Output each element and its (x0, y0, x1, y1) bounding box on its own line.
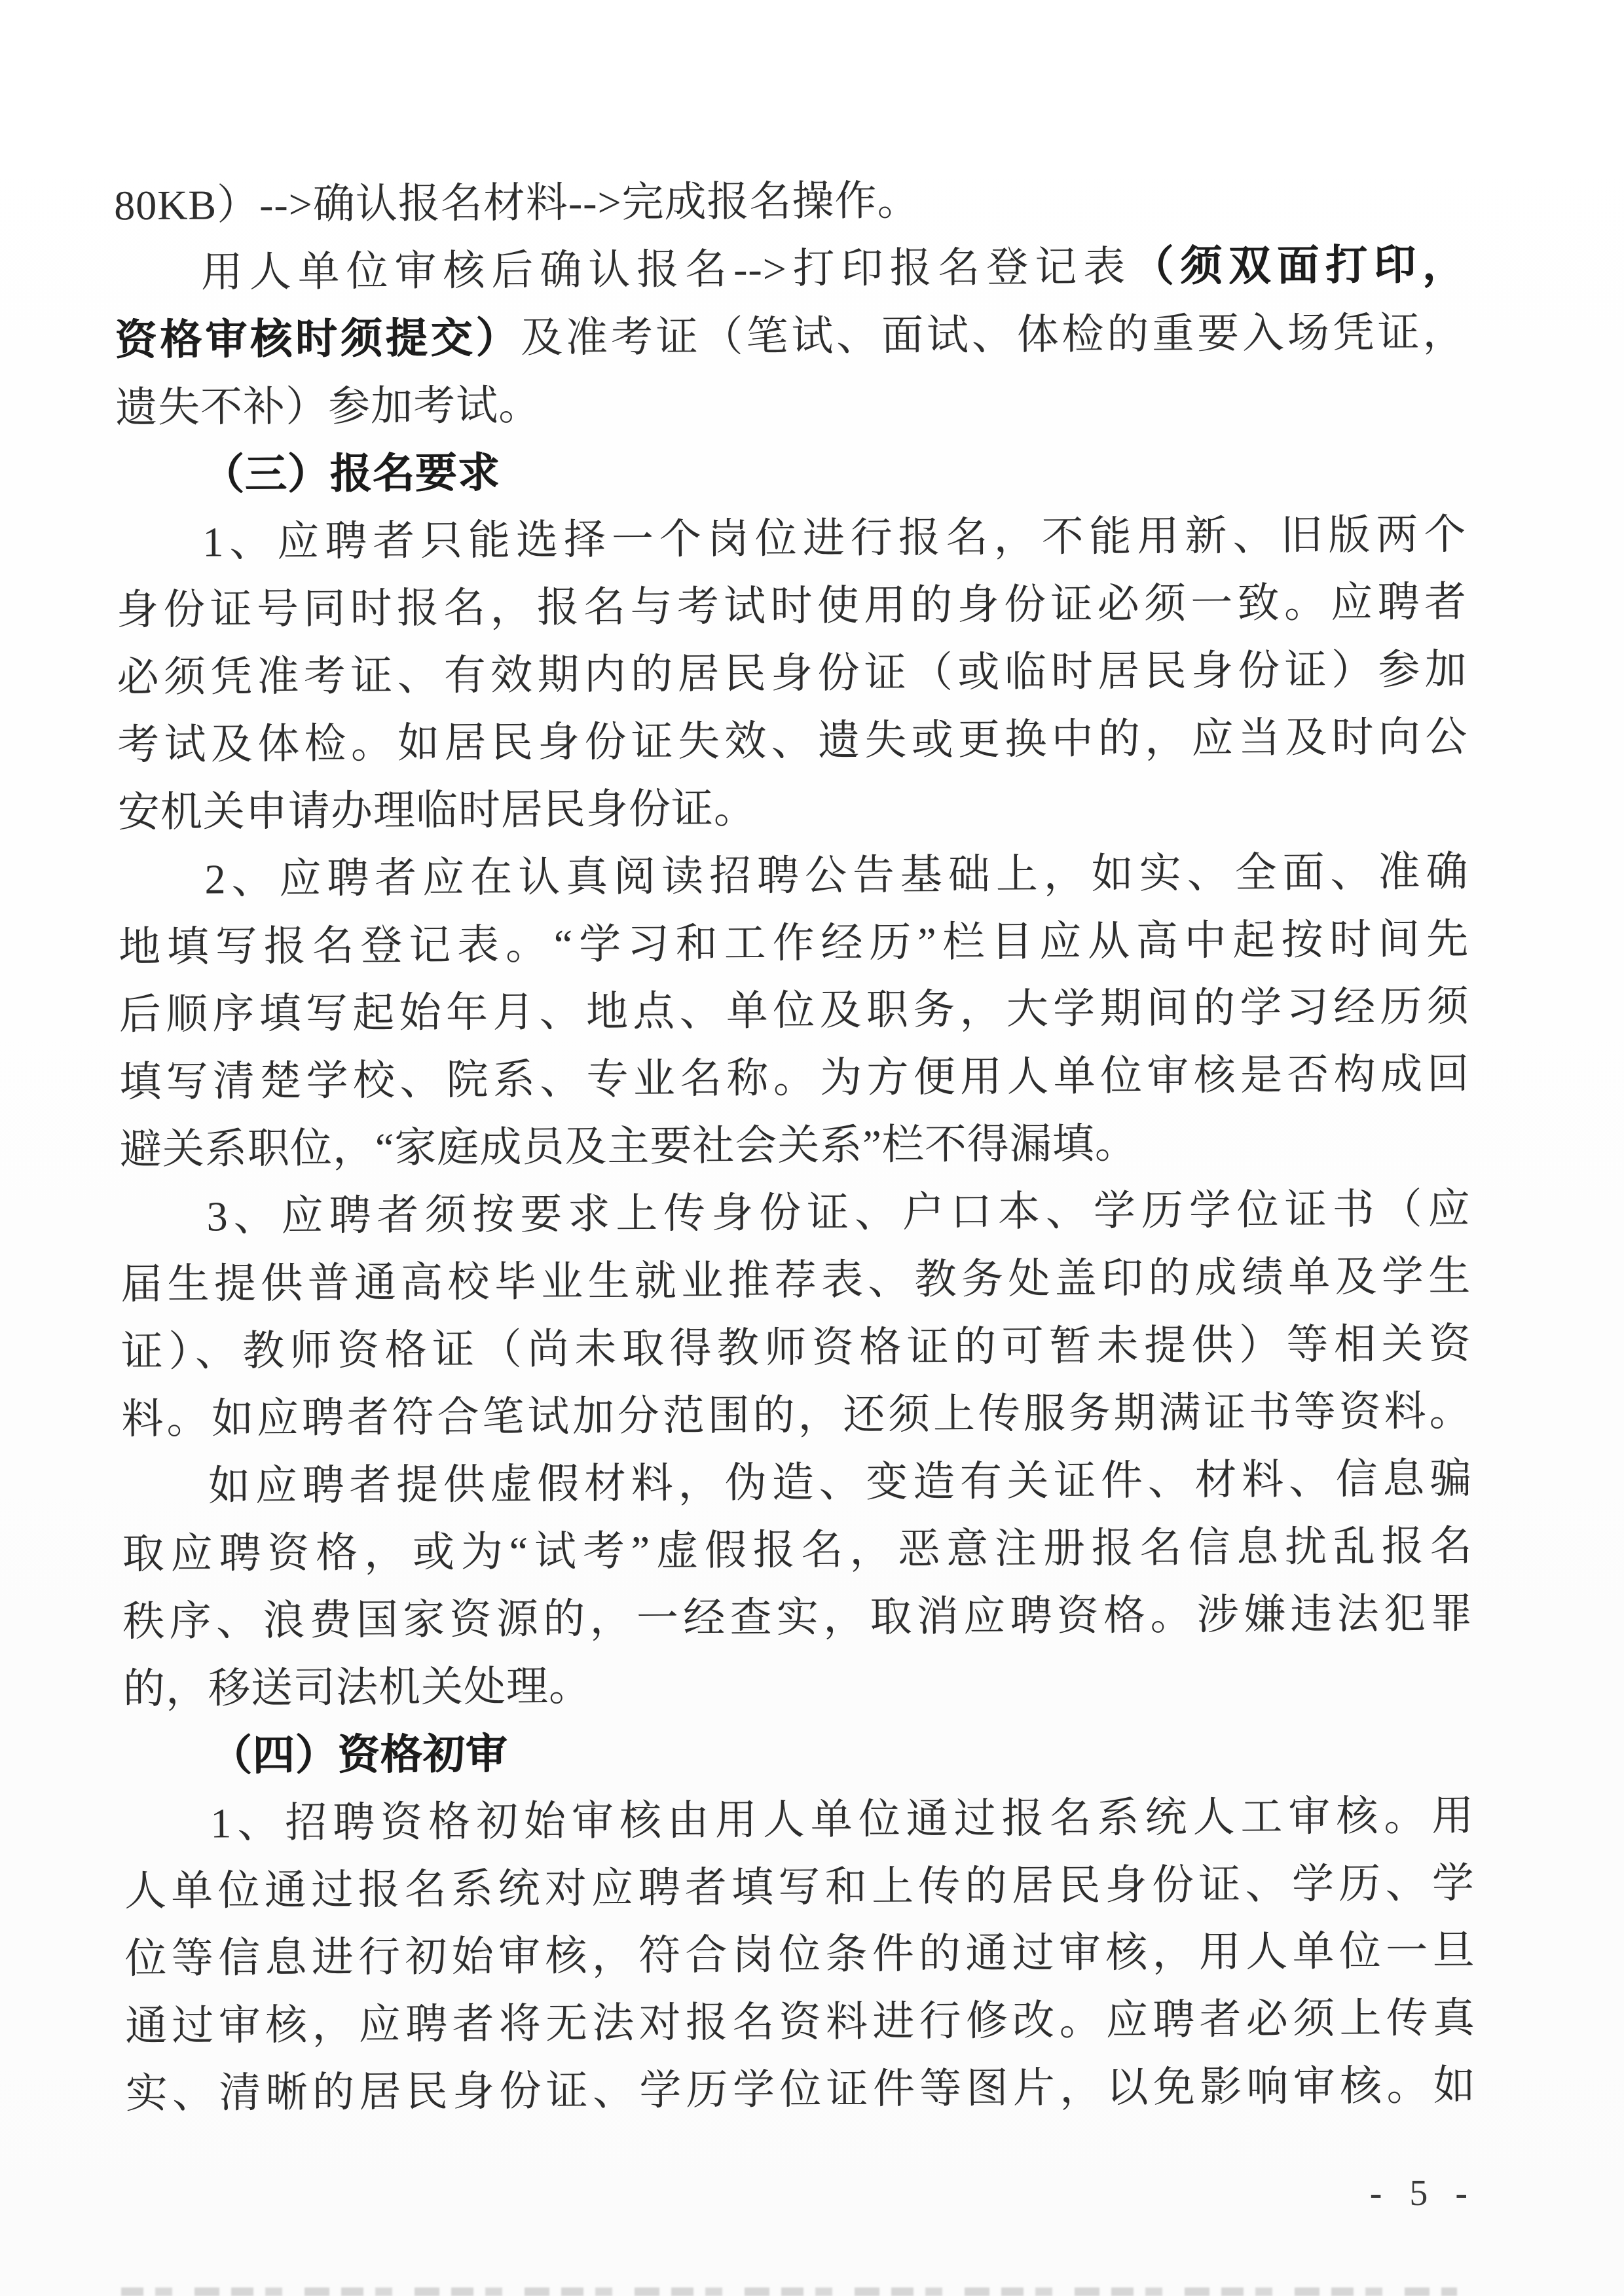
bold-text-run: 资格审核时须提交） (115, 315, 521, 364)
text-run: 届生提供普通高校毕业生就业推荐表、教务处盖印的成绩单及学生 (120, 1253, 1471, 1308)
text-line: 2、应聘者应在认真阅读招聘公告基础上，如实、全面、准确 (118, 838, 1469, 914)
page-number: - 5 - (1370, 2172, 1477, 2214)
text-line: 安机关申请办理临时居民身份证。 (118, 771, 1469, 847)
text-line: 秩序、浪费国家资源的，一经查实，取消应聘资格。涉嫌违法犯罪 (122, 1580, 1473, 1656)
text-line: 届生提供普通高校毕业生就业推荐表、教务处盖印的成绩单及学生 (120, 1243, 1471, 1319)
text-line: 地填写报名登记表。“学习和工作经历”栏目应从高中起按时间先 (119, 905, 1469, 981)
document-body: 80KB）-->确认报名材料-->完成报名操作。用人单位审核后确认报名-->打印… (114, 164, 1476, 2128)
text-run: 避关系职位，“家庭成员及主要社会关系”栏不得漏填。 (120, 1120, 1137, 1173)
text-run: 考试及体检。如居民身份证失效、遗失或更换中的，应当及时向公 (117, 714, 1467, 769)
text-run: 人单位通过报名系统对应聘者填写和上传的居民身份证、学历、学 (124, 1860, 1475, 1915)
text-run: 取应聘资格，或为“试考”虚假报名，恶意注册报名信息扰乱报名 (122, 1523, 1473, 1578)
text-run: 料。如应聘者符合笔试加分范围的，还须上传服务期满证书等资料。 (121, 1388, 1471, 1443)
text-line: 位等信息进行初始审核，符合岗位条件的通过审核，用人单位一旦 (124, 1917, 1475, 1993)
text-line: 用人单位审核后确认报名-->打印报名登记表（须双面打印， (115, 231, 1466, 307)
text-line: 填写清楚学校、院系、专业名称。为方便用人单位审核是否构成回 (119, 1040, 1470, 1116)
text-run: 实、清晰的居民身份证、学历学位证件等图片，以免影响审核。如 (126, 2062, 1476, 2117)
text-line: 资格审核时须提交）及准考证（笔试、面试、体检的重要入场凭证， (115, 299, 1466, 374)
text-run: 位等信息进行初始审核，符合岗位条件的通过审核，用人单位一旦 (124, 1927, 1475, 1982)
text-line: 1、招聘资格初始审核由用人单位通过报名系统人工审核。用 (124, 1782, 1475, 1858)
text-run: 用人单位审核后确认报名-->打印报名登记表 (201, 244, 1132, 296)
text-line: 3、应聘者须按要求上传身份证、户口本、学历学位证书（应 (120, 1175, 1471, 1251)
text-line: 料。如应聘者符合笔试加分范围的，还须上传服务期满证书等资料。 (121, 1377, 1472, 1453)
text-line: 考试及体检。如居民身份证失效、遗失或更换中的，应当及时向公 (117, 703, 1468, 779)
text-line: 如应聘者提供虚假材料，伪造、变造有关证件、材料、信息骗 (122, 1445, 1473, 1521)
text-run: 2、应聘者应在认真阅读招聘公告基础上，如实、全面、准确 (204, 848, 1468, 903)
document-page: 80KB）-->确认报名材料-->完成报名操作。用人单位审核后确认报名-->打印… (0, 0, 1624, 2296)
section-heading: （四）资格初审 (123, 1715, 1474, 1791)
text-run: 秩序、浪费国家资源的，一经查实，取消应聘资格。涉嫌违法犯罪 (122, 1590, 1473, 1645)
text-run: 80KB）-->确认报名材料-->完成报名操作。 (114, 177, 920, 229)
text-run: 1、应聘者只能选择一个岗位进行报名，不能用新、旧版两个 (202, 511, 1466, 566)
text-line: 避关系职位，“家庭成员及主要社会关系”栏不得漏填。 (120, 1108, 1471, 1184)
text-run: 证）、教师资格证（尚未取得教师资格证的可暂未提供）等相关资 (121, 1321, 1471, 1376)
text-run: 身份证号同时报名，报名与考试时使用的身份证必须一致。应聘者 (117, 579, 1467, 634)
text-line: 遗失不补）参加考试。 (115, 366, 1466, 442)
text-run: 遗失不补）参加考试。 (115, 382, 541, 431)
text-run: 3、应聘者须按要求上传身份证、户口本、学历学位证书（应 (206, 1186, 1470, 1240)
text-line: 实、清晰的居民身份证、学历学位证件等图片，以免影响审核。如 (126, 2052, 1477, 2128)
text-run: 地填写报名登记表。“学习和工作经历”栏目应从高中起按时间先 (119, 916, 1469, 971)
text-line: 的，移送司法机关处理。 (123, 1647, 1474, 1723)
text-line: 后顺序填写起始年月、地点、单位及职务，大学期间的学习经历须 (119, 973, 1469, 1049)
text-line: 取应聘资格，或为“试考”虚假报名，恶意注册报名信息扰乱报名 (122, 1512, 1473, 1588)
text-run: 如应聘者提供虚假材料，伪造、变造有关证件、材料、信息骗 (208, 1455, 1472, 1510)
text-run: 后顺序填写起始年月、地点、单位及职务，大学期间的学习经历须 (119, 983, 1469, 1038)
text-line: 证）、教师资格证（尚未取得教师资格证的可暂未提供）等相关资 (121, 1310, 1472, 1386)
text-line: 必须凭准考证、有效期内的居民身份证（或临时居民身份证）参加 (117, 636, 1467, 712)
bold-text-run: （三）报名要求 (202, 450, 500, 498)
text-run: 填写清楚学校、院系、专业名称。为方便用人单位审核是否构成回 (119, 1051, 1469, 1106)
bold-text-run: （须双面打印， (1132, 242, 1465, 290)
text-line: 80KB）-->确认报名材料-->完成报名操作。 (114, 164, 1465, 240)
section-heading: （三）报名要求 (115, 433, 1466, 509)
text-line: 通过审核，应聘者将无法对报名资料进行修改。应聘者必须上传真 (125, 1984, 1476, 2060)
text-run: 1、招聘资格初始审核由用人单位通过报名系统人工审核。用 (210, 1793, 1474, 1847)
text-run: 及准考证（笔试、面试、体检的重要入场凭证， (521, 309, 1466, 361)
text-line: 1、应聘者只能选择一个岗位进行报名，不能用新、旧版两个 (116, 501, 1467, 577)
text-run: 安机关申请办理临时居民身份证。 (118, 785, 756, 835)
text-run: 必须凭准考证、有效期内的居民身份证（或临时居民身份证）参加 (117, 646, 1467, 701)
text-line: 人单位通过报名系统对应聘者填写和上传的居民身份证、学历、学 (124, 1850, 1475, 1925)
text-run: 通过审核，应聘者将无法对报名资料进行修改。应聘者必须上传真 (125, 1995, 1475, 2050)
bold-text-run: （四）资格初审 (210, 1731, 507, 1779)
next-page-cutoff-text (121, 2287, 1457, 2296)
text-line: 身份证号同时报名，报名与考试时使用的身份证必须一致。应聘者 (117, 568, 1467, 644)
text-run: 的，移送司法机关处理。 (123, 1663, 591, 1712)
